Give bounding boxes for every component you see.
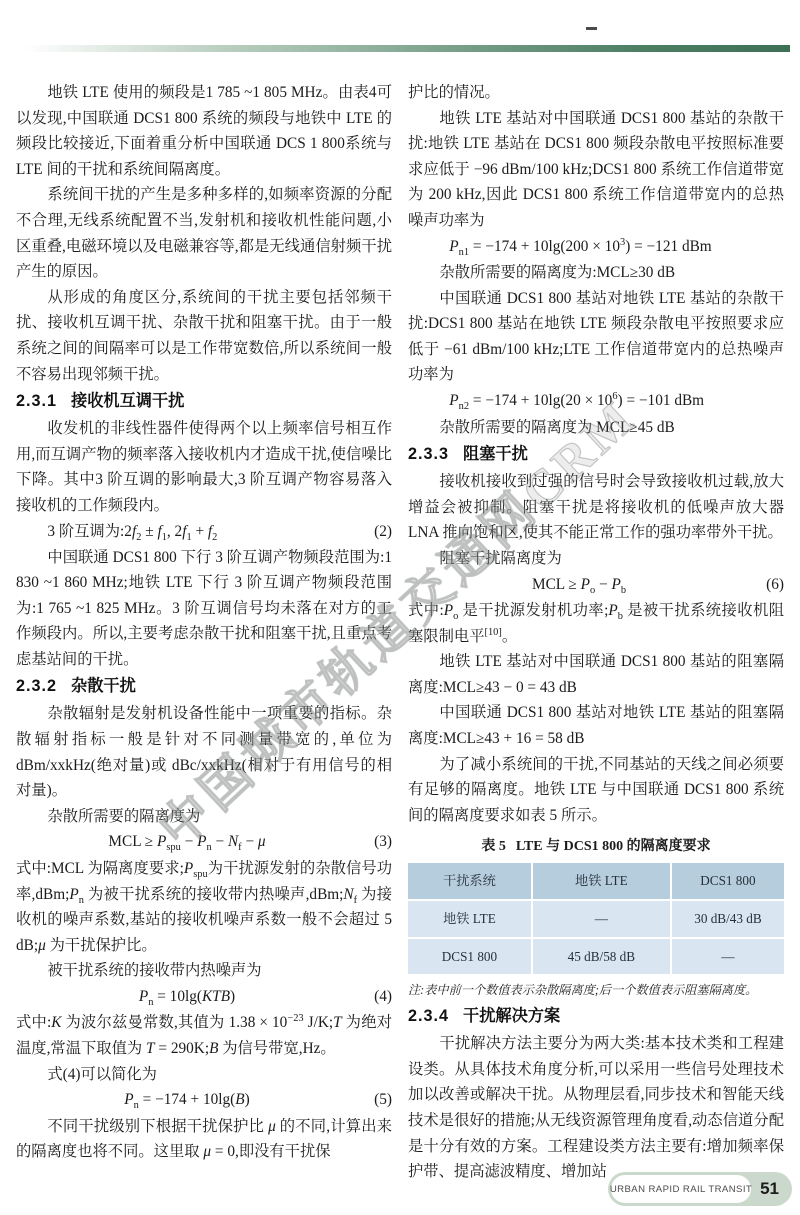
paragraph: 式(4)可以简化为 — [16, 1062, 392, 1088]
paragraph: 地铁 LTE 基站对中国联通 DCS1 800 基站的杂散干扰:地铁 LTE 基… — [408, 106, 784, 234]
section-heading-2-3-1: 2.3.1接收机互调干扰 — [16, 388, 392, 415]
equation-pn2: Pn2 = −174 + 10lg(20 × 106) = −101 dBm — [408, 388, 784, 415]
table-5-caption: 表 5LTE 与 DCS1 800 的隔离度要求 — [408, 836, 784, 858]
footer-page-badge: URBAN RAPID RAIL TRANSIT 51 — [608, 1172, 792, 1206]
section-title: 接收机互调干扰 — [71, 392, 184, 410]
table-cell: — — [531, 901, 670, 939]
left-column: 地铁 LTE 使用的频段是1 785 ~1 805 MHz。由表4可以发现,中国… — [16, 80, 392, 1185]
paragraph: 系统间干扰的产生是多种多样的,如频率资源的分配不合理,无线系统配置不当,发射机和… — [16, 182, 392, 284]
paragraph: 干扰解决方法主要分为两大类:基本技术类和工程建设类。从具体技术角度分析,可以采用… — [408, 1031, 784, 1185]
paragraph: 地铁 LTE 使用的频段是1 785 ~1 805 MHz。由表4可以发现,中国… — [16, 80, 392, 182]
page-number: 51 — [760, 1172, 779, 1206]
section-number: 2.3.4 — [408, 1007, 449, 1025]
section-number: 2.3.2 — [16, 677, 57, 695]
section-heading-2-3-4: 2.3.4干扰解决方案 — [408, 1003, 784, 1030]
equation-lead: 3 阶互调为: — [16, 519, 124, 545]
paragraph: 中国联通 DCS1 800 基站对地铁 LTE 基站的杂散干扰:DCS1 800… — [408, 286, 784, 388]
table-row: 地铁 LTE — 30 dB/43 dB — [408, 901, 784, 939]
right-column: 护比的情况。 地铁 LTE 基站对中国联通 DCS1 800 基站的杂散干扰:地… — [408, 80, 784, 1185]
equation-pn1: Pn1 = −174 + 10lg(200 × 103) = −121 dBm — [408, 234, 784, 261]
equation-2: 3 阶互调为: 2f2 ± f1, 2f1 + f2 (2) — [16, 519, 392, 545]
journal-name: URBAN RAPID RAIL TRANSIT — [610, 1184, 752, 1195]
paragraph: 杂散所需要的隔离度为 MCL≥45 dB — [408, 415, 784, 441]
equation-number: (2) — [374, 519, 392, 545]
table-row: DCS1 800 45 dB/58 dB — — [408, 939, 784, 977]
header-gradient-rule — [24, 45, 790, 52]
paragraph: 式中:K 为波尔兹曼常数,其值为 1.38 × 10−23 J/K;T 为绝对温… — [16, 1010, 392, 1061]
table-header-cell: 干扰系统 — [408, 863, 531, 901]
table-cell: 地铁 LTE — [408, 901, 531, 939]
equation-4: Pn = 10lg(KTB) (4) — [16, 984, 392, 1011]
section-number: 2.3.3 — [408, 445, 449, 463]
equation-number: (5) — [374, 1087, 392, 1114]
section-heading-2-3-2: 2.3.2杂散干扰 — [16, 673, 392, 700]
table-cell: DCS1 800 — [408, 939, 531, 977]
table-header-cell: 地铁 LTE — [531, 863, 670, 901]
equation-3: MCL ≥ Pspu − Pn − Nf − μ (3) — [16, 829, 392, 856]
paragraph: 收发机的非线性器件使得两个以上频率信号相互作用,而互调产物的频率落入接收机内才造… — [16, 416, 392, 518]
section-title: 干扰解决方案 — [463, 1007, 560, 1025]
paragraph: 从形成的角度区分,系统间的干扰主要包括邻频干扰、接收机互调干扰、杂散干扰和阻塞干… — [16, 285, 392, 387]
equation-6: MCL ≥ Po − Pb (6) — [408, 572, 784, 599]
section-number: 2.3.1 — [16, 392, 57, 410]
table-header-cell: DCS1 800 — [670, 863, 784, 901]
section-heading-2-3-3: 2.3.3阻塞干扰 — [408, 441, 784, 468]
table-caption-text: LTE 与 DCS1 800 的隔离度要求 — [516, 839, 711, 854]
paragraph: 中国联通 DCS1 800 下行 3 阶互调产物频段范围为:1 830 ~1 8… — [16, 545, 392, 673]
paragraph: 不同干扰级别下根据干扰保护比 μ 的不同,计算出来的隔离度也将不同。这里取 μ … — [16, 1114, 392, 1165]
table-note: 注:表中前一个数值表示杂散隔离度;后一个数值表示阻塞隔离度。 — [408, 980, 784, 1000]
equation-body: MCL ≥ Pspu − Pn − Nf − μ — [108, 833, 265, 850]
paragraph: 式中:MCL 为隔离度要求;Pspu为干扰源发射的杂散信号功率,dBm;Pn 为… — [16, 856, 392, 958]
paragraph: 地铁 LTE 基站对中国联通 DCS1 800 基站的阻塞隔离度:MCL≥43 … — [408, 649, 784, 700]
isolation-requirements-table: 干扰系统 地铁 LTE DCS1 800 地铁 LTE — 30 dB/43 d… — [408, 863, 784, 976]
equation-number: (6) — [766, 572, 784, 599]
paragraph: 杂散辐射是发射机设备性能中一项重要的指标。杂散辐射指标一般是针对不同测量带宽的,… — [16, 701, 392, 803]
paragraph: 接收机接收到过强的信号时会导致接收机过载,放大增益会被抑制。阻塞干扰是将接收机的… — [408, 469, 784, 546]
equation-number: (4) — [374, 984, 392, 1011]
section-title: 阻塞干扰 — [463, 445, 528, 463]
paragraph: 中国联通 DCS1 800 基站对地铁 LTE 基站的阻塞隔离度:MCL≥43 … — [408, 700, 784, 751]
table-cell: — — [670, 939, 784, 977]
paragraph: 护比的情况。 — [408, 80, 784, 106]
section-title: 杂散干扰 — [71, 677, 136, 695]
table-caption-label: 表 5 — [481, 839, 506, 854]
equation-body: Pn = 10lg(KTB) — [139, 988, 235, 1005]
equation-body: Pn = −174 + 10lg(B) — [124, 1091, 249, 1108]
table-cell: 30 dB/43 dB — [670, 901, 784, 939]
footer-journal-name-pill: URBAN RAPID RAIL TRANSIT — [611, 1175, 751, 1203]
paragraph: 式中:Po 是干扰源发射机功率;Pb 是被干扰系统接收机阻塞限制电平[10]。 — [408, 598, 784, 649]
equation-number: (3) — [374, 829, 392, 856]
equation-body: MCL ≥ Po − Pb — [532, 576, 626, 593]
paragraph: 杂散所需要的隔离度为:MCL≥30 dB — [408, 260, 784, 286]
equation-5: Pn = −174 + 10lg(B) (5) — [16, 1087, 392, 1114]
page-body: 地铁 LTE 使用的频段是1 785 ~1 805 MHz。由表4可以发现,中国… — [16, 80, 784, 1185]
table-cell: 45 dB/58 dB — [531, 939, 670, 977]
paragraph: 为了减小系统间的干扰,不同基站的天线之间必须要有足够的隔离度。地铁 LTE 与中… — [408, 752, 784, 829]
header-dash — [586, 27, 597, 30]
paragraph: 阻塞干扰隔离度为 — [408, 546, 784, 572]
paragraph: 被干扰系统的接收带内热噪声为 — [16, 958, 392, 984]
paragraph: 杂散所需要的隔离度为 — [16, 804, 392, 830]
equation-body: 2f2 ± f1, 2f1 + f2 — [124, 519, 217, 545]
table-header-row: 干扰系统 地铁 LTE DCS1 800 — [408, 863, 784, 901]
